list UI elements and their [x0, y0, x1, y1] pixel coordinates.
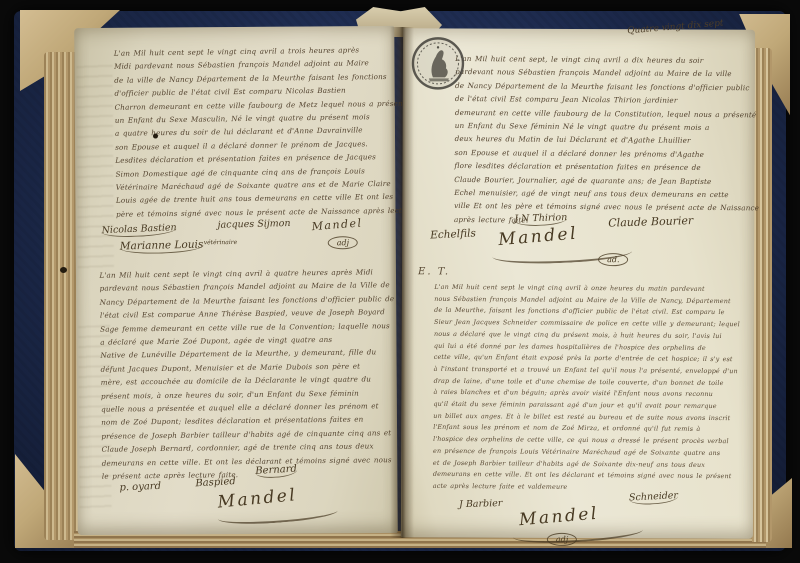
signature-echel: Echelfils — [430, 227, 476, 241]
margin-initials: E. T. — [418, 266, 450, 277]
page-edge-stack-left — [44, 52, 78, 540]
signature-nicolas-bastien: Nicolas Bastien — [101, 222, 177, 238]
signature-baspied: Baspied — [195, 476, 236, 489]
ink-blot-edge — [60, 267, 67, 273]
ink-blot — [153, 134, 158, 139]
page-edge-stack-right — [752, 48, 772, 542]
signature-jacques-simon: jacques Sijmon — [217, 218, 290, 231]
signature-schneider: Schneider — [629, 490, 679, 505]
official-seal-icon — [409, 34, 467, 94]
show-through-text — [76, 58, 113, 268]
register-photo-scene: L'an Mil huit cent sept le vingt cinq av… — [0, 0, 800, 563]
signature-bourier: Claude Bourier — [608, 214, 693, 230]
act-text-left-1: L'an Mil huit cent sept le vingt cinq av… — [114, 43, 384, 221]
right-page: Quatre vingt dix sept L'an Mil huit cent… — [401, 28, 755, 539]
binding-gutter-shadow — [390, 27, 414, 538]
act-text-right-1: L'an Mil huit cent sept, le vingt cinq a… — [454, 52, 741, 229]
act-text-right-2: L'an Mil huit cent sept le vingt cinq av… — [433, 282, 753, 495]
signature-adj-1: adj — [328, 236, 358, 249]
manuscript-line: après lecture faite. — [454, 213, 740, 229]
act-text-left-2: L'an Mil huit cent sept le vingt cinq av… — [99, 265, 398, 483]
signature-marianne-louis: Marianne Louis — [120, 239, 204, 255]
left-page: L'an Mil huit cent sept le vingt cinq av… — [74, 26, 398, 535]
signature-barbier: J Barbier — [459, 498, 503, 510]
signature-louis-title: vétérinaire — [204, 239, 238, 246]
signature-ad: ad. — [598, 253, 628, 266]
signature-oyard: p. oyard — [119, 481, 161, 494]
signature-mandel-1: Mandel — [311, 216, 363, 233]
